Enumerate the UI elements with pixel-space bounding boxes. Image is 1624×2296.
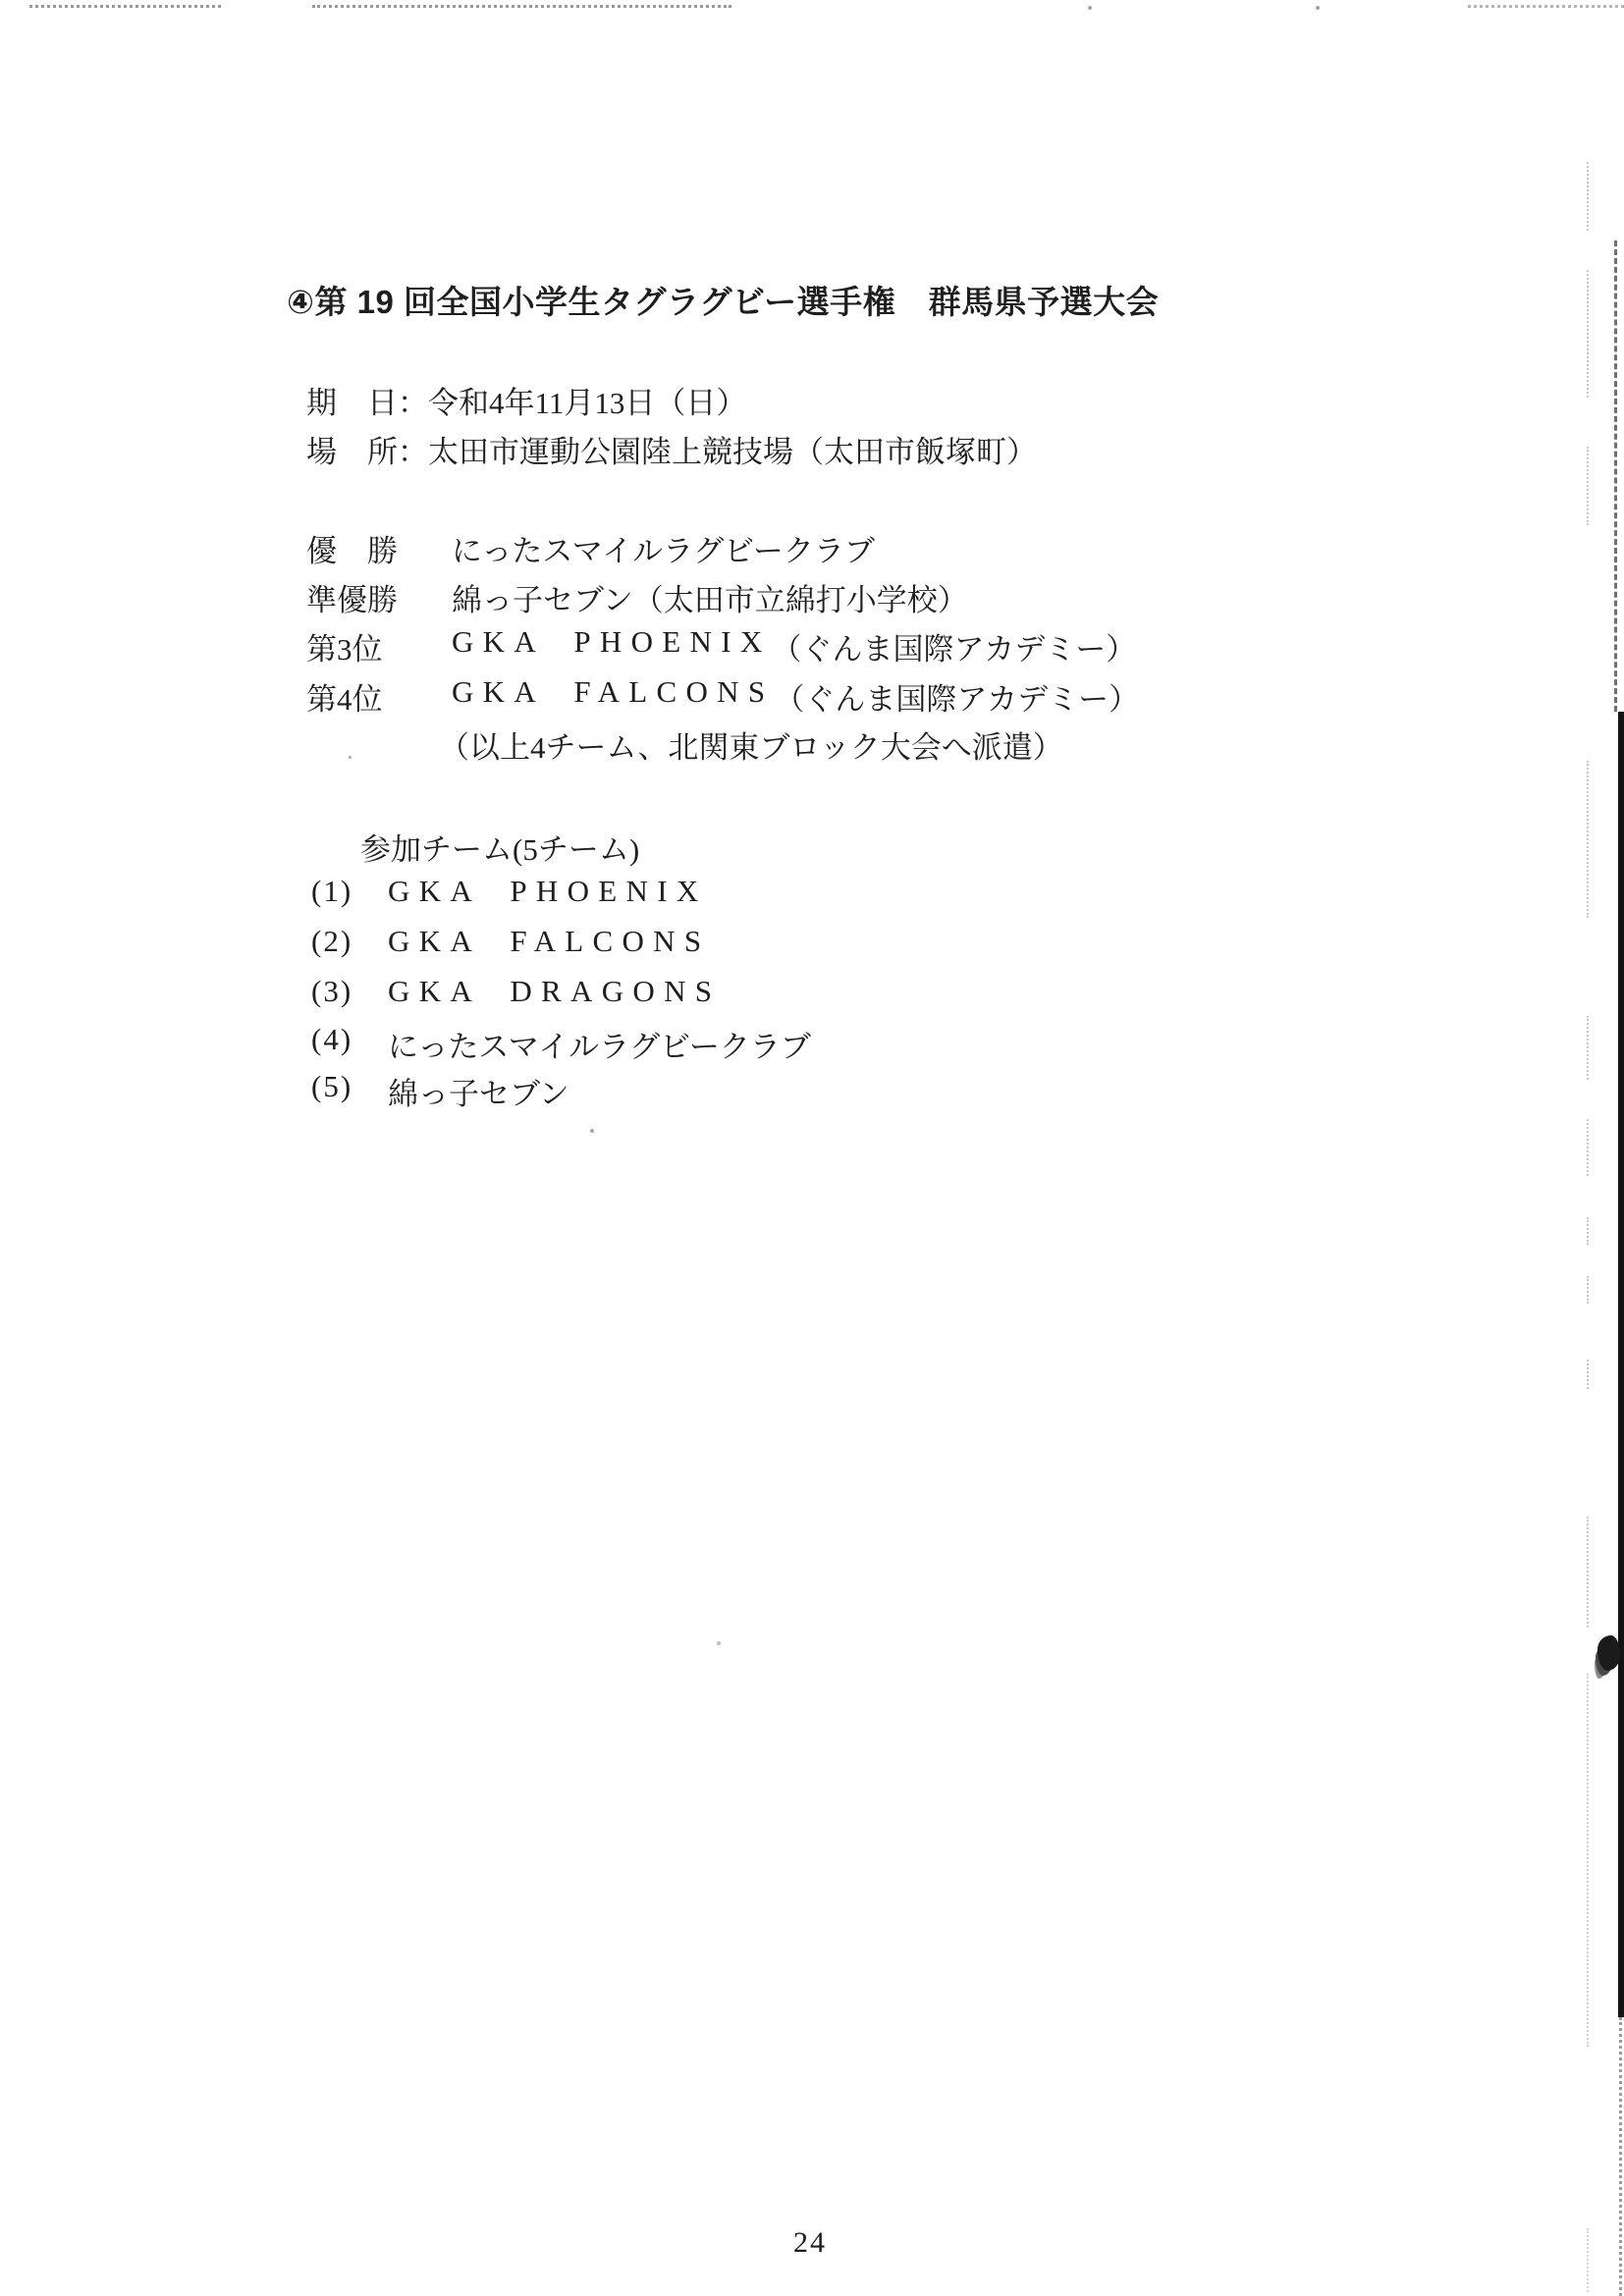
result-row-fourth: 第4位 GKA FALCONS （ぐんま国際アカデミー） [306,674,1139,719]
scan-dotted-line [1587,447,1589,525]
participant-row: (4) にったスマイルラグビークラブ [311,1022,811,1066]
scanned-page: ④第 19 回全国小学生タグラグビー選手権 群馬県予選大会 期 日：令和4年11… [0,0,1624,2296]
participant-number: (1) [311,874,388,909]
participant-row: (1) GKA PHOENIX [311,874,708,909]
result-team-name: （ぐんま国際アカデミー） [772,624,1137,668]
result-team-name: 綿っ子セブン（太田市立綿打小学校） [452,575,968,619]
scan-dotted-line [1587,2228,1589,2292]
scan-speck [717,1641,721,1645]
result-team-name: にったスマイルラグビークラブ [452,526,875,570]
scan-noise-top-right [1468,5,1624,8]
scan-noise-top-left [29,5,221,8]
result-rank-label: 優 勝 [306,526,452,570]
participant-row: (2) GKA FALCONS [311,924,710,959]
participant-name: にったスマイルラグビークラブ [388,1022,811,1066]
event-venue-line: 場 所：太田市運動公園陸上競技場（太田市飯塚町） [306,427,1037,471]
scan-dotted-line [1587,1674,1589,2047]
scan-noise-dot [1088,6,1092,10]
participant-name: 綿っ子セブン [388,1069,569,1113]
participant-name-en: GKA PHOENIX [388,874,708,909]
participant-name-en: GKA FALCONS [388,924,710,959]
scan-noise-top-middle [312,5,731,8]
participant-number: (2) [311,924,388,959]
page-number: 24 [785,2226,835,2260]
participant-number: (3) [311,974,388,1009]
result-row-champion: 優 勝 にったスマイルラグビークラブ [306,526,875,570]
participant-number: (4) [311,1022,388,1066]
dispatch-note: （以上4チーム、北関東ブロック大会へ派遣） [439,722,1063,767]
document-title: ④第 19 回全国小学生タグラグビー選手権 群馬県予選大会 [287,277,1159,323]
participant-row: (3) GKA DRAGONS [311,974,721,1009]
result-row-runner-up: 準優勝 綿っ子セブン（太田市立綿打小学校） [306,575,968,619]
scan-speck [349,756,352,759]
ink-blot [1597,1635,1620,1671]
participants-heading: 参加チーム(5チーム) [360,825,639,869]
scan-edge-strip-tail [1619,2017,1622,2296]
scan-dotted-line [1587,1217,1589,1245]
participant-number: (5) [311,1069,388,1113]
scan-noise-dot [1316,6,1320,10]
scan-dotted-line [1587,270,1589,398]
result-row-third: 第3位 GKA PHOENIX （ぐんま国際アカデミー） [306,624,1136,668]
result-rank-label: 第4位 [306,674,452,719]
result-team-en: GKA FALCONS [452,674,774,719]
scan-dashed-edge-line [1614,240,1617,712]
result-rank-label: 第3位 [306,624,452,668]
scan-dotted-line [1587,1119,1589,1176]
participant-name-en: GKA DRAGONS [388,974,721,1009]
scan-dotted-line [1587,1360,1589,1389]
participant-row: (5) 綿っ子セブン [311,1069,569,1113]
scan-dotted-line [1587,1517,1589,1628]
result-rank-label: 準優勝 [306,575,452,619]
result-team-en: GKA PHOENIX [452,624,772,668]
scan-dotted-line [1587,761,1589,918]
scan-dotted-line [1587,162,1589,231]
result-team-name: （ぐんま国際アカデミー） [774,674,1139,719]
event-date-line: 期 日：令和4年11月13日（日） [306,378,746,422]
scan-dotted-line [1587,1276,1589,1304]
scan-black-edge-strip [1618,712,1624,2017]
scan-speck [590,1129,594,1133]
scan-dotted-line [1587,1016,1589,1080]
